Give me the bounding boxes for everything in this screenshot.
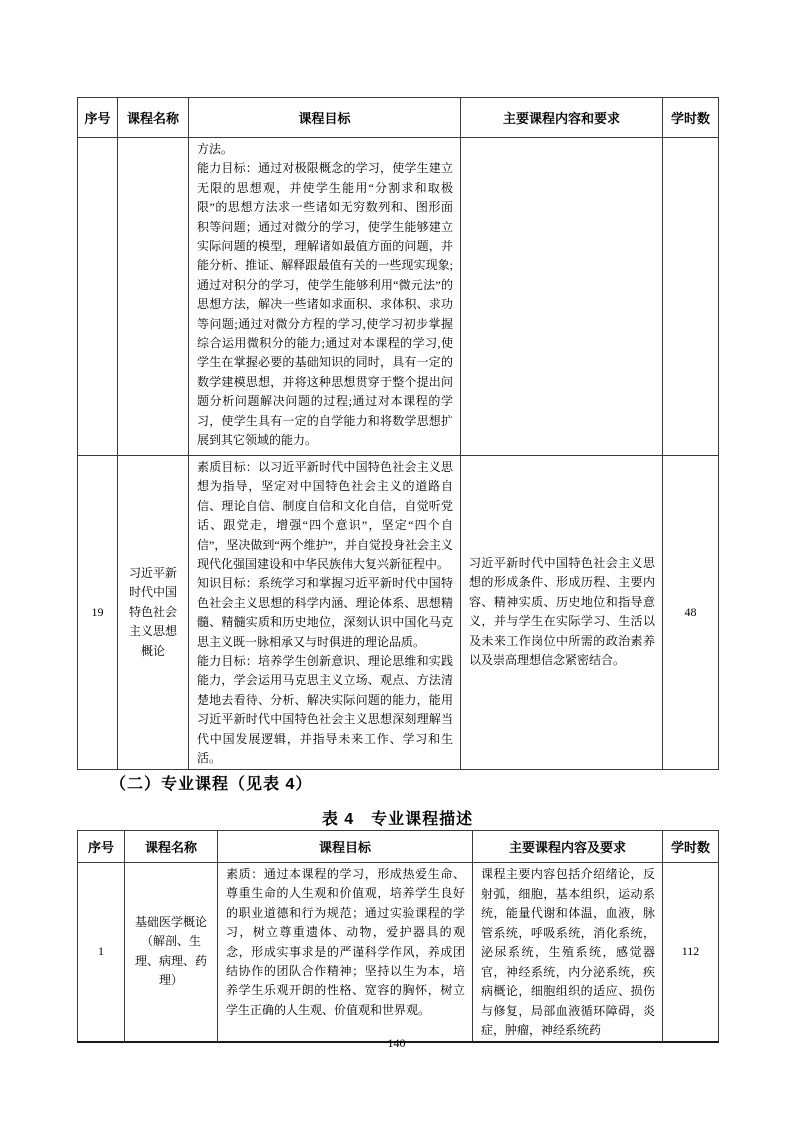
cell-hours: 48: [663, 456, 719, 770]
major-course-table: 序号 课程名称 课程目标 主要课程内容及要求 学时数 1 基础医学概论（解剖、生…: [77, 830, 719, 1043]
table2-header-content: 主要课程内容及要求: [473, 831, 663, 863]
table2-header-course-name: 课程名称: [125, 831, 218, 863]
table1-header-no: 序号: [78, 98, 118, 138]
table1-row-continuation: 方法。 能力目标：通过对极限概念的学习，使学生建立无限的思想观，并使学生能用“分…: [78, 138, 719, 456]
document-page: 序号 课程名称 课程目标 主要课程内容和要求 学时数 方法。 能力目标：通过对极…: [0, 0, 793, 1122]
cell-no: [78, 138, 118, 456]
table2-header-objectives: 课程目标: [218, 831, 473, 863]
table1-row-19: 19 习近平新时代中国特色社会主义思想概论 素质目标：以习近平新时代中国特色社会…: [78, 456, 719, 770]
table1-header-content: 主要课程内容和要求: [461, 98, 663, 138]
table1-header-objectives: 课程目标: [189, 98, 461, 138]
cell-content: 习近平新时代中国特色社会主义思想的形成条件、形成历程、主要内容、精神实质、历史地…: [461, 456, 663, 770]
section-heading: （二）专业课程（见表 4）: [110, 771, 312, 794]
cell-course-name: 习近平新时代中国特色社会主义思想概论: [118, 456, 189, 770]
cell-no: 19: [78, 456, 118, 770]
cell-hours: 112: [663, 863, 719, 1042]
cell-hours: [663, 138, 719, 456]
page-number: 140: [0, 1036, 793, 1051]
table2-row-1: 1 基础医学概论（解剖、生理、病理、药理） 素质：通过本课程的学习，形成热爱生命…: [78, 863, 719, 1042]
cell-course-name: 基础医学概论（解剖、生理、病理、药理）: [125, 863, 218, 1042]
cell-no: 1: [78, 863, 125, 1042]
cell-objectives: 方法。 能力目标：通过对极限概念的学习，使学生建立无限的思想观，并使学生能用“分…: [189, 138, 461, 456]
cell-content: [461, 138, 663, 456]
cell-objectives: 素质目标：以习近平新时代中国特色社会主义思想为指导，坚定对中国特色社会主义的道路…: [189, 456, 461, 770]
table1-header-course-name: 课程名称: [118, 98, 189, 138]
table1-header-hours: 学时数: [663, 98, 719, 138]
table2-header-hours: 学时数: [663, 831, 719, 863]
table4-title: 表 4 专业课程描述: [77, 806, 718, 829]
table2-header-no: 序号: [78, 831, 125, 863]
table2-header-row: 序号 课程名称 课程目标 主要课程内容及要求 学时数: [78, 831, 719, 863]
cell-course-name: [118, 138, 189, 456]
table1-header-row: 序号 课程名称 课程目标 主要课程内容和要求 学时数: [78, 98, 719, 138]
general-course-table: 序号 课程名称 课程目标 主要课程内容和要求 学时数 方法。 能力目标：通过对极…: [77, 97, 719, 770]
cell-content: 课程主要内容包括介绍绪论，反射弧，细胞，基本组织，运动系统，能量代谢和体温，血液…: [473, 863, 663, 1042]
cell-objectives: 素质：通过本课程的学习，形成热爱生命、尊重生命的人生观和价值观，培养学生良好的职…: [218, 863, 473, 1042]
